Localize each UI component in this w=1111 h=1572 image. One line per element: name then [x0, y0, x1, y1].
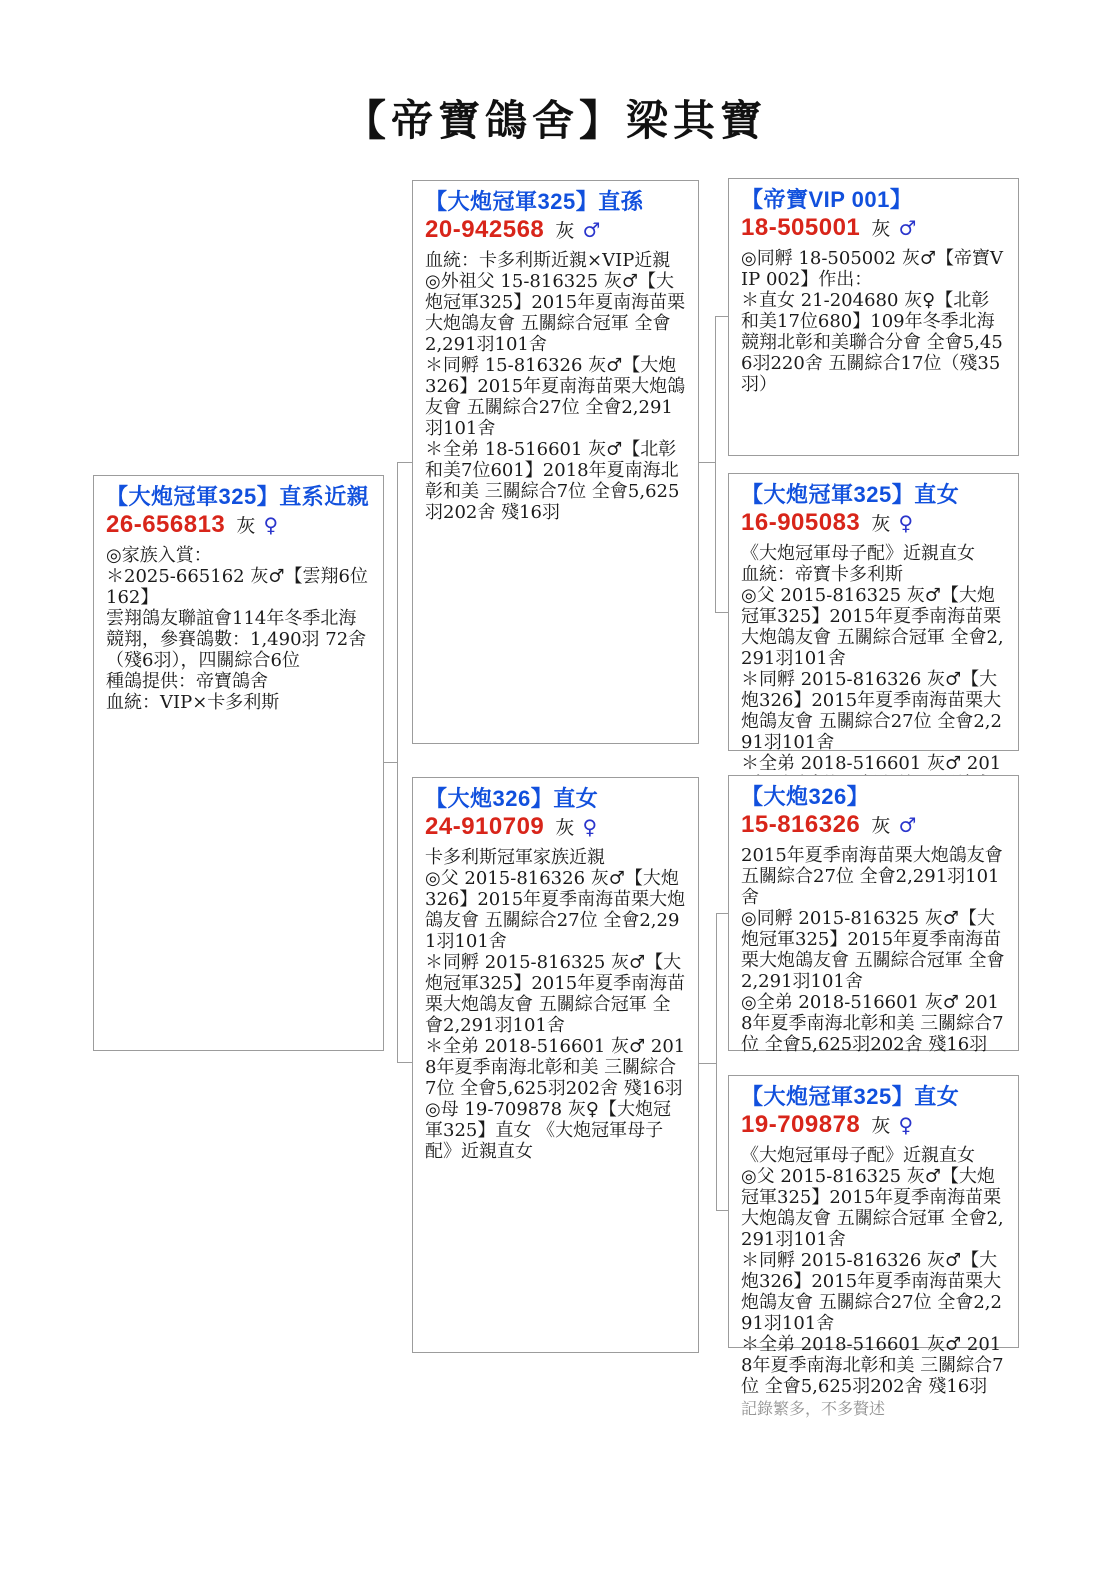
ring-line: 26-656813 灰 ♀ [106, 510, 372, 542]
connector-line-trunk3-to-right3 [716, 913, 729, 914]
pedigree-box-24-910709: 【大炮326】直女 24-910709 灰 ♀ 卡多利斯冠軍家族近親 ◎父 20… [412, 777, 699, 1353]
connector-line-trunk2-to-right1 [715, 316, 729, 317]
pedigree-text: ◎同孵 2015-816325 灰♂【大炮冠軍325】2015年夏季南海苗栗大炮… [741, 908, 1007, 992]
connector-line-left-to-trunk [383, 762, 398, 763]
box-title: 【大炮326】直女 [425, 785, 687, 812]
pedigree-text: ◎父 2015-816325 灰♂【大炮冠軍325】2015年夏季南海苗栗大炮鴿… [741, 1166, 1007, 1250]
pedigree-text: ◎父 2015-816326 灰♂【大炮326】2015年夏季南海苗栗大炮鴿友會… [425, 868, 687, 952]
pedigree-text: ＊直女 21-204680 灰♀【北彰和美17位680】109年冬季北海競翔北彰… [741, 290, 1007, 395]
pedigree-text: ◎全弟 2018-516601 灰♂ 2018年夏季南海北彰和美 三關綜合7位 … [741, 992, 1007, 1055]
ring-line: 16-905083 灰 ♀ [741, 508, 1007, 540]
ring-line: 18-505001 灰 ♂ [741, 213, 1007, 245]
pedigree-text: ＊同孵 2015-816325 灰♂【大炮冠軍325】2015年夏季南海苗栗大炮… [425, 952, 687, 1036]
connector-line-midtop-to-trunk2 [698, 462, 716, 463]
ring-line: 24-910709 灰 ♀ [425, 812, 687, 844]
female-symbol: ♀ [263, 513, 278, 537]
ring-number: 26-656813 [106, 511, 225, 538]
pedigree-text: ◎父 2015-816325 灰♂【大炮冠軍325】2015年夏季南海苗栗大炮鴿… [741, 585, 1007, 669]
ring-number: 18-505001 [741, 214, 860, 241]
female-symbol: ♀ [582, 815, 597, 839]
pedigree-text: ＊全弟 18-516601 灰♂【北彰和美7位601】2018年夏南海北彰和美 … [425, 439, 687, 523]
pedigree-box-16-905083: 【大炮冠軍325】直女 16-905083 灰 ♀ 《大炮冠軍母子配》近親直女 … [728, 473, 1019, 751]
pedigree-text: ◎同孵 18-505002 灰♂【帝寶VIP 002】作出： [741, 248, 1007, 290]
box-title: 【帝寶VIP 001】 [741, 186, 1007, 213]
ring-line: 19-709878 灰 ♀ [741, 1110, 1007, 1142]
box-title: 【大炮冠軍325】直系近親 [106, 483, 372, 510]
feather-color: 灰 [871, 513, 890, 535]
pedigree-text: ◎母 19-709878 灰♀【大炮冠軍325】直女 《大炮冠軍母子配》近親直女 [425, 1099, 687, 1162]
female-symbol: ♀ [898, 1113, 913, 1137]
feather-color: 灰 [871, 815, 890, 837]
pedigree-box-18-505001: 【帝寶VIP 001】 18-505001 灰 ♂ ◎同孵 18-505002 … [728, 178, 1019, 456]
ring-number: 24-910709 [425, 813, 544, 840]
ring-line: 15-816326 灰 ♂ [741, 810, 1007, 842]
footnote-text: 記錄繁多，不多贅述 [741, 1400, 1007, 1420]
male-symbol: ♂ [582, 218, 600, 242]
feather-color: 灰 [555, 817, 574, 839]
pedigree-box-26-656813: 【大炮冠軍325】直系近親 26-656813 灰 ♀ ◎家族入賞： ＊2025… [93, 475, 384, 1051]
page-title: 【帝寶鴿舍】梁其寶 [0, 88, 1111, 148]
pedigree-text: ＊同孵 2015-816326 灰♂【大炮326】2015年夏季南海苗栗大炮鴿友… [741, 669, 1007, 753]
feather-color: 灰 [871, 218, 890, 240]
feather-color: 灰 [236, 515, 255, 537]
pedigree-text: 血統：VIP×卡多利斯 [106, 692, 372, 713]
pedigree-box-19-709878: 【大炮冠軍325】直女 19-709878 灰 ♀ 《大炮冠軍母子配》近親直女 … [728, 1075, 1019, 1348]
ring-number: 16-905083 [741, 509, 860, 536]
pedigree-text: 血統：卡多利斯近親×VIP近親 [425, 250, 687, 271]
box-title: 【大炮冠軍325】直女 [741, 1083, 1007, 1110]
ring-number: 15-816326 [741, 811, 860, 838]
pedigree-text: 《大炮冠軍母子配》近親直女 [741, 1145, 1007, 1166]
ring-number: 20-942568 [425, 216, 544, 243]
pedigree-box-15-816326: 【大炮326】 15-816326 灰 ♂ 2015年夏季南海苗栗大炮鴿友會 五… [728, 775, 1019, 1051]
box-title: 【大炮冠軍325】直孫 [425, 188, 687, 215]
pedigree-text: 卡多利斯冠軍家族近親 [425, 847, 687, 868]
pedigree-text: 種鴿提供：帝寶鴿舍 [106, 671, 372, 692]
male-symbol: ♂ [898, 216, 916, 240]
feather-color: 灰 [555, 220, 574, 242]
connector-trunk-right-bottom [716, 913, 717, 1211]
connector-trunk-right-top [715, 316, 716, 613]
pedigree-text: ＊全弟 2018-516601 灰♂ 2018年夏季南海北彰和美 三關綜合7位 … [741, 1334, 1007, 1397]
pedigree-box-20-942568: 【大炮冠軍325】直孫 20-942568 灰 ♂ 血統：卡多利斯近親×VIP近… [412, 180, 699, 744]
connector-line-trunk-to-midtop [397, 462, 413, 463]
pedigree-text: ＊同孵 2015-816326 灰♂【大炮326】2015年夏季南海苗栗大炮鴿友… [741, 1250, 1007, 1334]
ring-line: 20-942568 灰 ♂ [425, 215, 687, 247]
connector-line-trunk-to-midbottom [397, 1062, 413, 1063]
connector-line-midbottom-to-trunk3 [698, 1063, 717, 1064]
pedigree-text: 雲翔鴿友聯誼會114年冬季北海競翔，參賽鴿數：1,490羽 72舍（殘6羽），四… [106, 608, 372, 671]
female-symbol: ♀ [898, 511, 913, 535]
box-title: 【大炮冠軍325】直女 [741, 481, 1007, 508]
ring-number: 19-709878 [741, 1111, 860, 1138]
pedigree-text: ＊全弟 2018-516601 灰♂ 2018年夏季南海北彰和美 三關綜合7位 … [425, 1036, 687, 1099]
pedigree-text: 2015年夏季南海苗栗大炮鴿友會 五關綜合27位 全會2,291羽101舍 [741, 845, 1007, 908]
pedigree-text: 《大炮冠軍母子配》近親直女 [741, 543, 1007, 564]
pedigree-text: ◎家族入賞： [106, 545, 372, 566]
pedigree-text: 血統：帝寶卡多利斯 [741, 564, 1007, 585]
connector-trunk-left [397, 462, 398, 1063]
box-title: 【大炮326】 [741, 783, 1007, 810]
connector-line-trunk3-to-right4 [716, 1210, 729, 1211]
pedigree-text: ◎外祖父 15-816325 灰♂【大炮冠軍325】2015年夏南海苗栗大炮鴿友… [425, 271, 687, 355]
pedigree-text: ＊2025-665162 灰♂【雲翔6位162】 [106, 566, 372, 608]
pedigree-text: ＊同孵 15-816326 灰♂【大炮326】2015年夏南海苗栗大炮鴿友會 五… [425, 355, 687, 439]
male-symbol: ♂ [898, 813, 916, 837]
connector-line-trunk2-to-right2 [715, 612, 729, 613]
feather-color: 灰 [871, 1115, 890, 1137]
